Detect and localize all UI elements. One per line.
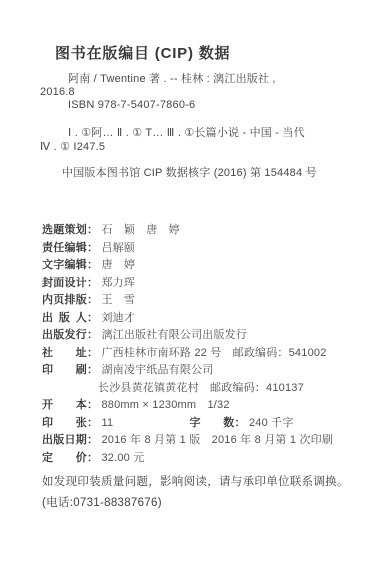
credit-value: 长沙县黄花镇黄花村 邮政编码：410137 [98, 382, 304, 394]
credit-value: 石 颖 唐 婷 [101, 224, 179, 236]
credit-label: 出版日期 [42, 432, 87, 450]
credit-value: 唐 婷 [101, 259, 135, 271]
credit-label: 责任编辑 [42, 240, 87, 258]
credit-label-secondary: 字数 [189, 415, 234, 433]
credit-label: 定价 [42, 450, 87, 468]
credit-row-publishing-house: 出版发行： 漓江出版社有限公司出版发行 [42, 327, 333, 345]
credit-colon: ： [87, 329, 98, 341]
credit-row-printer-address: 长沙县黄花镇黄花村 邮政编码：410137 [42, 380, 333, 398]
credit-value: 11 [101, 415, 189, 433]
credit-label: 印刷 [42, 362, 87, 380]
credit-value: 漓江出版社有限公司出版发行 [101, 329, 247, 341]
credit-value: 王 雪 [101, 294, 135, 306]
credit-row-responsible-editor: 责任编辑： 吕解颐 [42, 240, 333, 258]
quality-notice-phone: (电话:0731-88387676) [42, 493, 349, 514]
credit-label: 文字编辑 [42, 257, 87, 275]
credit-row-cover-design: 封面设计： 郑力珲 [42, 275, 333, 293]
credit-row-sheets-and-wordcount: 印张： 11字数： 240 千字 [42, 415, 333, 433]
credit-label: 选题策划 [42, 222, 87, 240]
credit-colon: ： [87, 242, 98, 254]
cip-record-number: 中国版本图书馆 CIP 数据核字 (2016) 第 154484 号 [62, 164, 317, 180]
credit-value: 刘迪才 [101, 312, 135, 324]
credit-colon: ： [87, 277, 98, 289]
credit-row-address: 社址： 广西桂林市南环路 22 号 邮政编码：541002 [42, 345, 333, 363]
cip-statement-line1: 阿南 / Twentine 著 . -- 桂林 : 漓江出版社 , [68, 70, 276, 86]
credit-row-text-editor: 文字编辑： 唐 婷 [42, 257, 333, 275]
credit-colon: ： [87, 399, 98, 411]
credit-label: 出版人 [42, 310, 87, 328]
credit-colon: ： [87, 417, 98, 429]
classification-line1: Ⅰ . ①阿… Ⅱ . ① T… Ⅲ . ①长篇小说 - 中国 - 当代 [68, 124, 305, 140]
credit-row-topic-planner: 选题策划： 石 颖 唐 婷 [42, 222, 333, 240]
credit-value: 880mm × 1230mm 1/32 [101, 399, 229, 411]
credit-colon: ： [87, 224, 98, 236]
cip-title: 图书在版编目 (CIP) 数据 [55, 42, 230, 63]
credit-row-publication-date: 出版日期： 2016 年 8 月第 1 版 2016 年 8 月第 1 次印刷 [42, 432, 333, 450]
credit-colon: ： [87, 312, 98, 324]
credit-colon: ： [234, 417, 245, 429]
credit-colon: ： [87, 347, 98, 359]
credit-colon: ： [87, 434, 98, 446]
credit-colon: ： [87, 452, 98, 464]
credit-label: 印张 [42, 415, 87, 433]
credit-value: 吕解颐 [101, 242, 135, 254]
credit-row-printer: 印刷： 湖南凌宇纸品有限公司 [42, 362, 333, 380]
credit-label: 出版发行 [42, 327, 87, 345]
quality-notice: 如发现印装质量问题，影响阅读，请与承印单位联系调换。 (电话:0731-8838… [42, 472, 349, 514]
credit-value: 湖南凌宇纸品有限公司 [101, 364, 213, 376]
credit-value: 广西桂林市南环路 22 号 邮政编码：541002 [101, 347, 326, 359]
classification-line2: Ⅳ . ① I247.5 [40, 140, 105, 153]
publication-credits: 选题策划： 石 颖 唐 婷 责任编辑： 吕解颐 文字编辑： 唐 婷 封面设计： … [42, 222, 333, 467]
credit-label: 社址 [42, 345, 87, 363]
isbn-line: ISBN 978-7-5407-7860-6 [68, 99, 195, 111]
credit-row-layout: 内页排版： 王 雪 [42, 292, 333, 310]
credit-value: 郑力珲 [101, 277, 135, 289]
credit-label: 开本 [42, 397, 87, 415]
credit-colon: ： [87, 364, 98, 376]
credit-colon: ： [87, 294, 98, 306]
credit-colon: ： [87, 259, 98, 271]
credit-value-secondary: 240 千字 [249, 417, 294, 429]
credit-label: 封面设计 [42, 275, 87, 293]
credit-value: 32.00 元 [101, 452, 144, 464]
credit-row-format: 开本： 880mm × 1230mm 1/32 [42, 397, 333, 415]
credit-label: 内页排版 [42, 292, 87, 310]
credit-row-publisher-person: 出版人： 刘迪才 [42, 310, 333, 328]
copyright-page: 图书在版编目 (CIP) 数据 阿南 / Twentine 著 . -- 桂林 … [0, 0, 375, 564]
credit-row-price: 定价： 32.00 元 [42, 450, 333, 468]
quality-notice-line1: 如发现印装质量问题，影响阅读，请与承印单位联系调换。 [42, 472, 349, 493]
cip-statement-line2: 2016.8 [40, 86, 75, 98]
credit-value: 2016 年 8 月第 1 版 2016 年 8 月第 1 次印刷 [101, 434, 333, 446]
